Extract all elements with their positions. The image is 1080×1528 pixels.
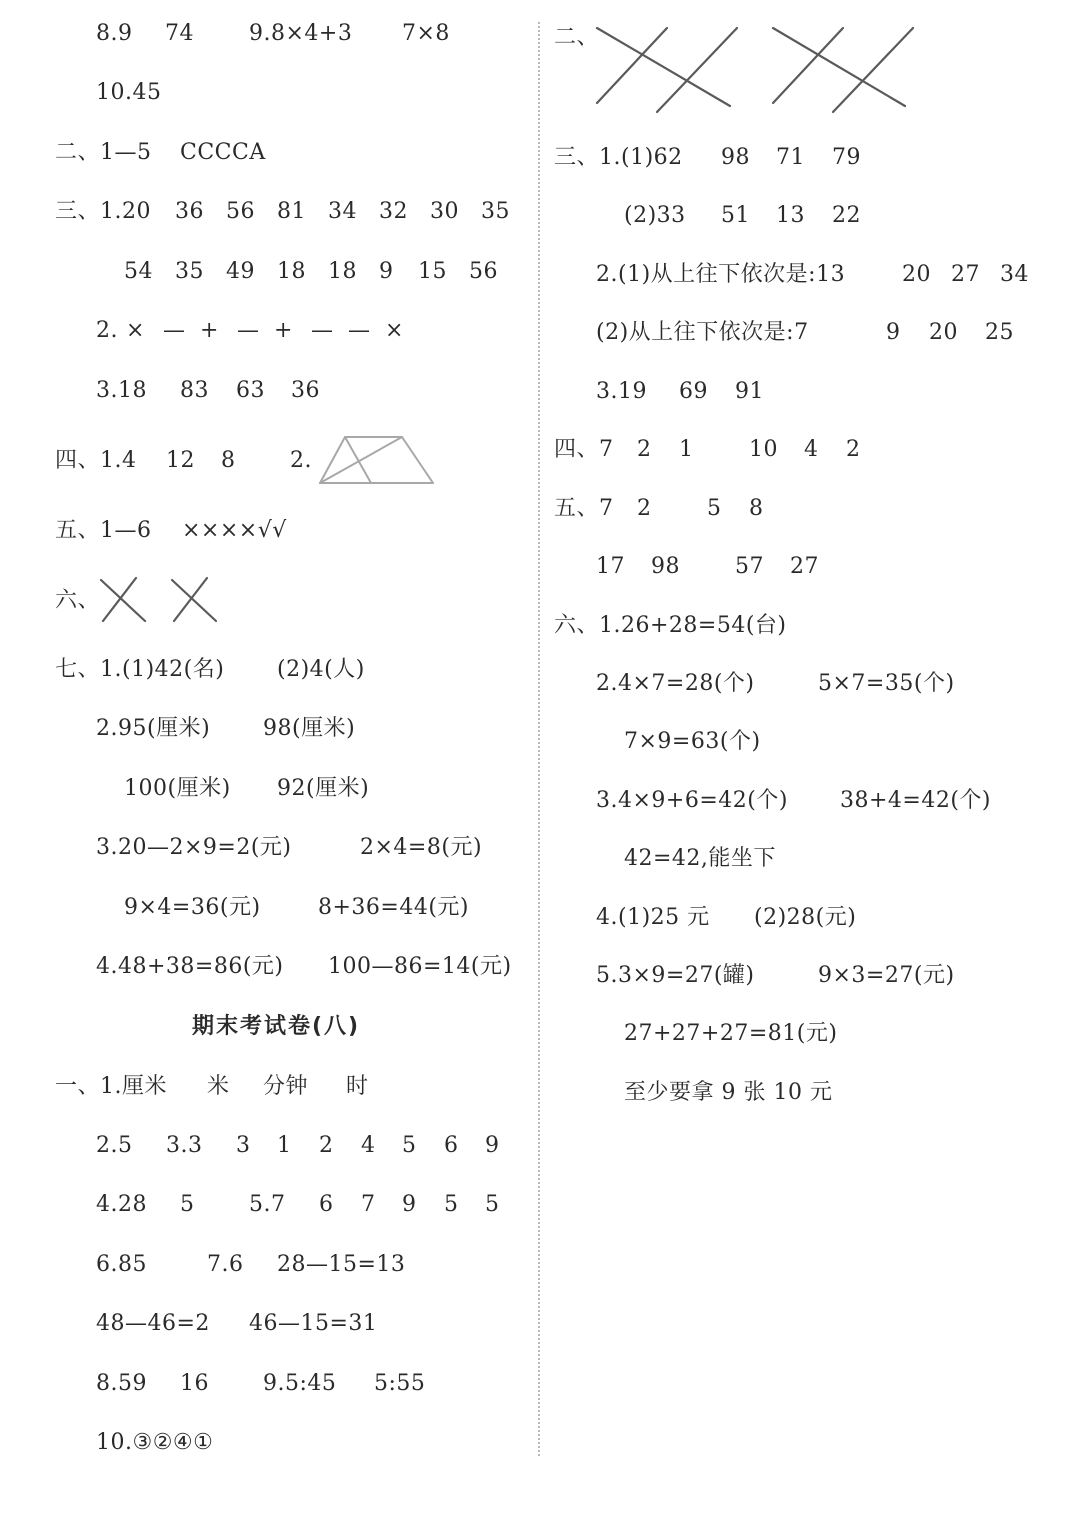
cross-lines-icon-2 (172, 578, 216, 621)
answer-key-page: 8.9749.8×4+37×810.45二、1—5CCCCA三、1.203656… (0, 0, 1080, 1528)
cross-lines-icon-1 (101, 578, 145, 621)
parallel-lines-icon-2 (773, 28, 913, 112)
trapezoid-icon (320, 437, 433, 483)
parallel-lines-icon-1 (597, 28, 737, 112)
figures-layer (0, 0, 1080, 1528)
